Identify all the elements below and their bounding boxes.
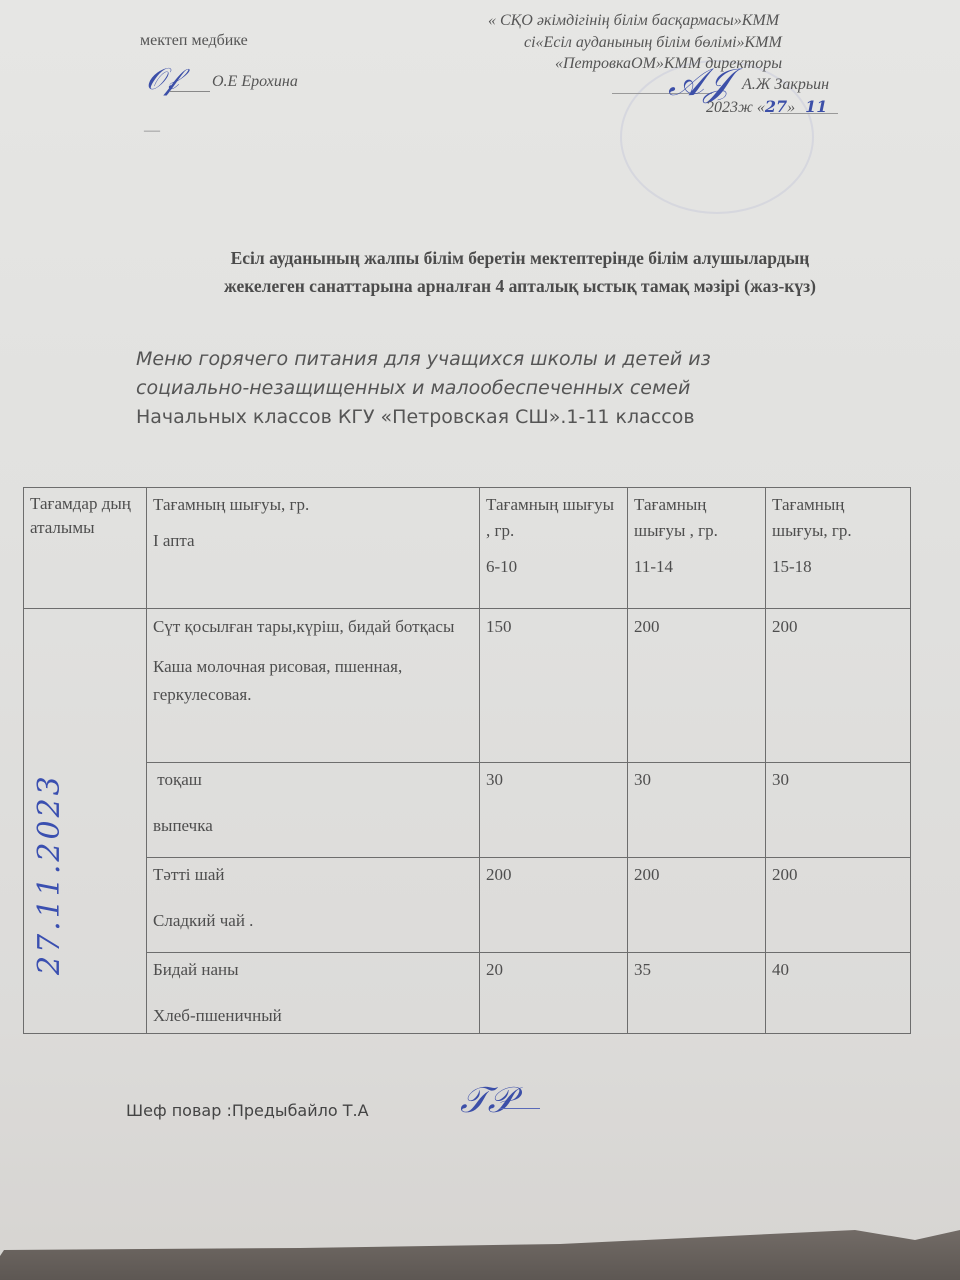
portion-6-10: 20 <box>480 953 628 1034</box>
chef-signature-label: Шеф повар :Предыбайло Т.А <box>126 1101 369 1120</box>
title-russian-line-2: социально-незащищенных и малообеспеченны… <box>136 374 856 403</box>
portion-15-18: 40 <box>766 953 911 1034</box>
dash-mark: — <box>144 122 160 140</box>
portion-6-10: 150 <box>480 609 628 763</box>
dish-name-kz: Бидай наны <box>153 957 473 983</box>
document-page: мектеп медбике 𝒪𝒻 О.Е Ерохина — « СҚО әк… <box>0 0 960 1280</box>
header-week-sub: I апта <box>153 528 473 554</box>
portion-11-14: 30 <box>628 763 766 858</box>
portion-15-18: 200 <box>766 609 911 763</box>
portion-11-14: 200 <box>628 858 766 953</box>
portion-6-10: 30 <box>480 763 628 858</box>
table-header-row: Тағамдар дың аталымы Тағамның шығуы, гр.… <box>24 488 911 609</box>
header-age-title: Тағамның шығуы , гр. <box>486 492 621 544</box>
title-kazakh: Есіл ауданының жалпы білім беретін мекте… <box>150 244 890 300</box>
header-age-range: 6-10 <box>486 554 621 580</box>
header-week-title: Тағамның шығуы, гр. <box>153 492 473 518</box>
chef-signature-icon: 𝒯𝒫 <box>460 1080 514 1122</box>
dish-name-ru: выпечка <box>153 813 473 839</box>
approval-date: 2023ж «27» 11 <box>706 97 827 117</box>
handwritten-date: 27.11.2023 <box>36 749 76 999</box>
header-age-title: Тағамның шығуы, гр. <box>772 492 904 544</box>
header-age-title: Тағамның шығуы , гр. <box>634 492 759 544</box>
table-row: Тәтті шай Сладкий чай . 200 200 200 <box>24 858 911 953</box>
dish-name-ru: Хлеб-пшеничный <box>153 1003 473 1029</box>
title-russian-line-1: Меню горячего питания для учащихся школы… <box>136 345 856 374</box>
header-age-range: 11-14 <box>634 554 759 580</box>
dish-name-kz: Сүт қосылған тары,күріш, бидай ботқасы <box>153 613 473 641</box>
table-row: 27.11.2023 Сүт қосылған тары,күріш, бида… <box>24 609 911 763</box>
header-week: Тағамның шығуы, гр. I апта <box>147 488 480 609</box>
menu-table: Тағамдар дың аталымы Тағамның шығуы, гр.… <box>23 487 911 1034</box>
approval-line-2: сі«Есіл ауданының білім бөлімі»КММ <box>524 34 782 52</box>
header-age-15-18: Тағамның шығуы, гр. 15-18 <box>766 488 911 609</box>
title-kazakh-line-2: жекелеген санаттарына арналған 4 апталық… <box>150 272 890 300</box>
header-age-range: 15-18 <box>772 554 904 580</box>
portion-11-14: 200 <box>628 609 766 763</box>
dish-name-ru: Каша молочная рисовая, пшенная, геркулес… <box>153 653 473 709</box>
table-row: тоқаш выпечка 30 30 30 <box>24 763 911 858</box>
header-age-6-10: Тағамның шығуы , гр. 6-10 <box>480 488 628 609</box>
portion-11-14: 35 <box>628 953 766 1034</box>
date-prefix: 2023ж « <box>706 99 765 116</box>
title-russian: Меню горячего питания для учащихся школы… <box>136 345 856 432</box>
dish-name-kz: тоқаш <box>153 767 473 793</box>
dish-cell: Сүт қосылған тары,күріш, бидай ботқасы К… <box>147 609 480 763</box>
date-cell: 27.11.2023 <box>24 609 147 1034</box>
dish-cell: Бидай наны Хлеб-пшеничный <box>147 953 480 1034</box>
portion-6-10: 200 <box>480 858 628 953</box>
header-age-11-14: Тағамның шығуы , гр. 11-14 <box>628 488 766 609</box>
signature-line <box>170 91 210 92</box>
dish-name-ru: Сладкий чай . <box>153 908 473 934</box>
portion-15-18: 200 <box>766 858 911 953</box>
chef-signature-stroke <box>500 1108 540 1109</box>
director-name: А.Ж Закрьин <box>742 76 829 94</box>
table-row: Бидай наны Хлеб-пшеничный 20 35 40 <box>24 953 911 1034</box>
dish-cell: Тәтті шай Сладкий чай . <box>147 858 480 953</box>
title-russian-line-3: Начальных классов КГУ «Петровская СШ».1-… <box>136 403 856 432</box>
nurse-name: О.Е Ерохина <box>212 73 298 91</box>
header-dish-name: Тағамдар дың аталымы <box>24 488 147 609</box>
dish-cell: тоқаш выпечка <box>147 763 480 858</box>
dish-name-kz: Тәтті шай <box>153 862 473 888</box>
date-underline <box>770 113 838 114</box>
title-kazakh-line-1: Есіл ауданының жалпы білім беретін мекте… <box>150 244 890 272</box>
portion-15-18: 30 <box>766 763 911 858</box>
nurse-role-label: мектеп медбике <box>140 32 248 50</box>
approval-line-1: « СҚО әкімдігінің білім басқармасы»КММ <box>488 12 779 30</box>
